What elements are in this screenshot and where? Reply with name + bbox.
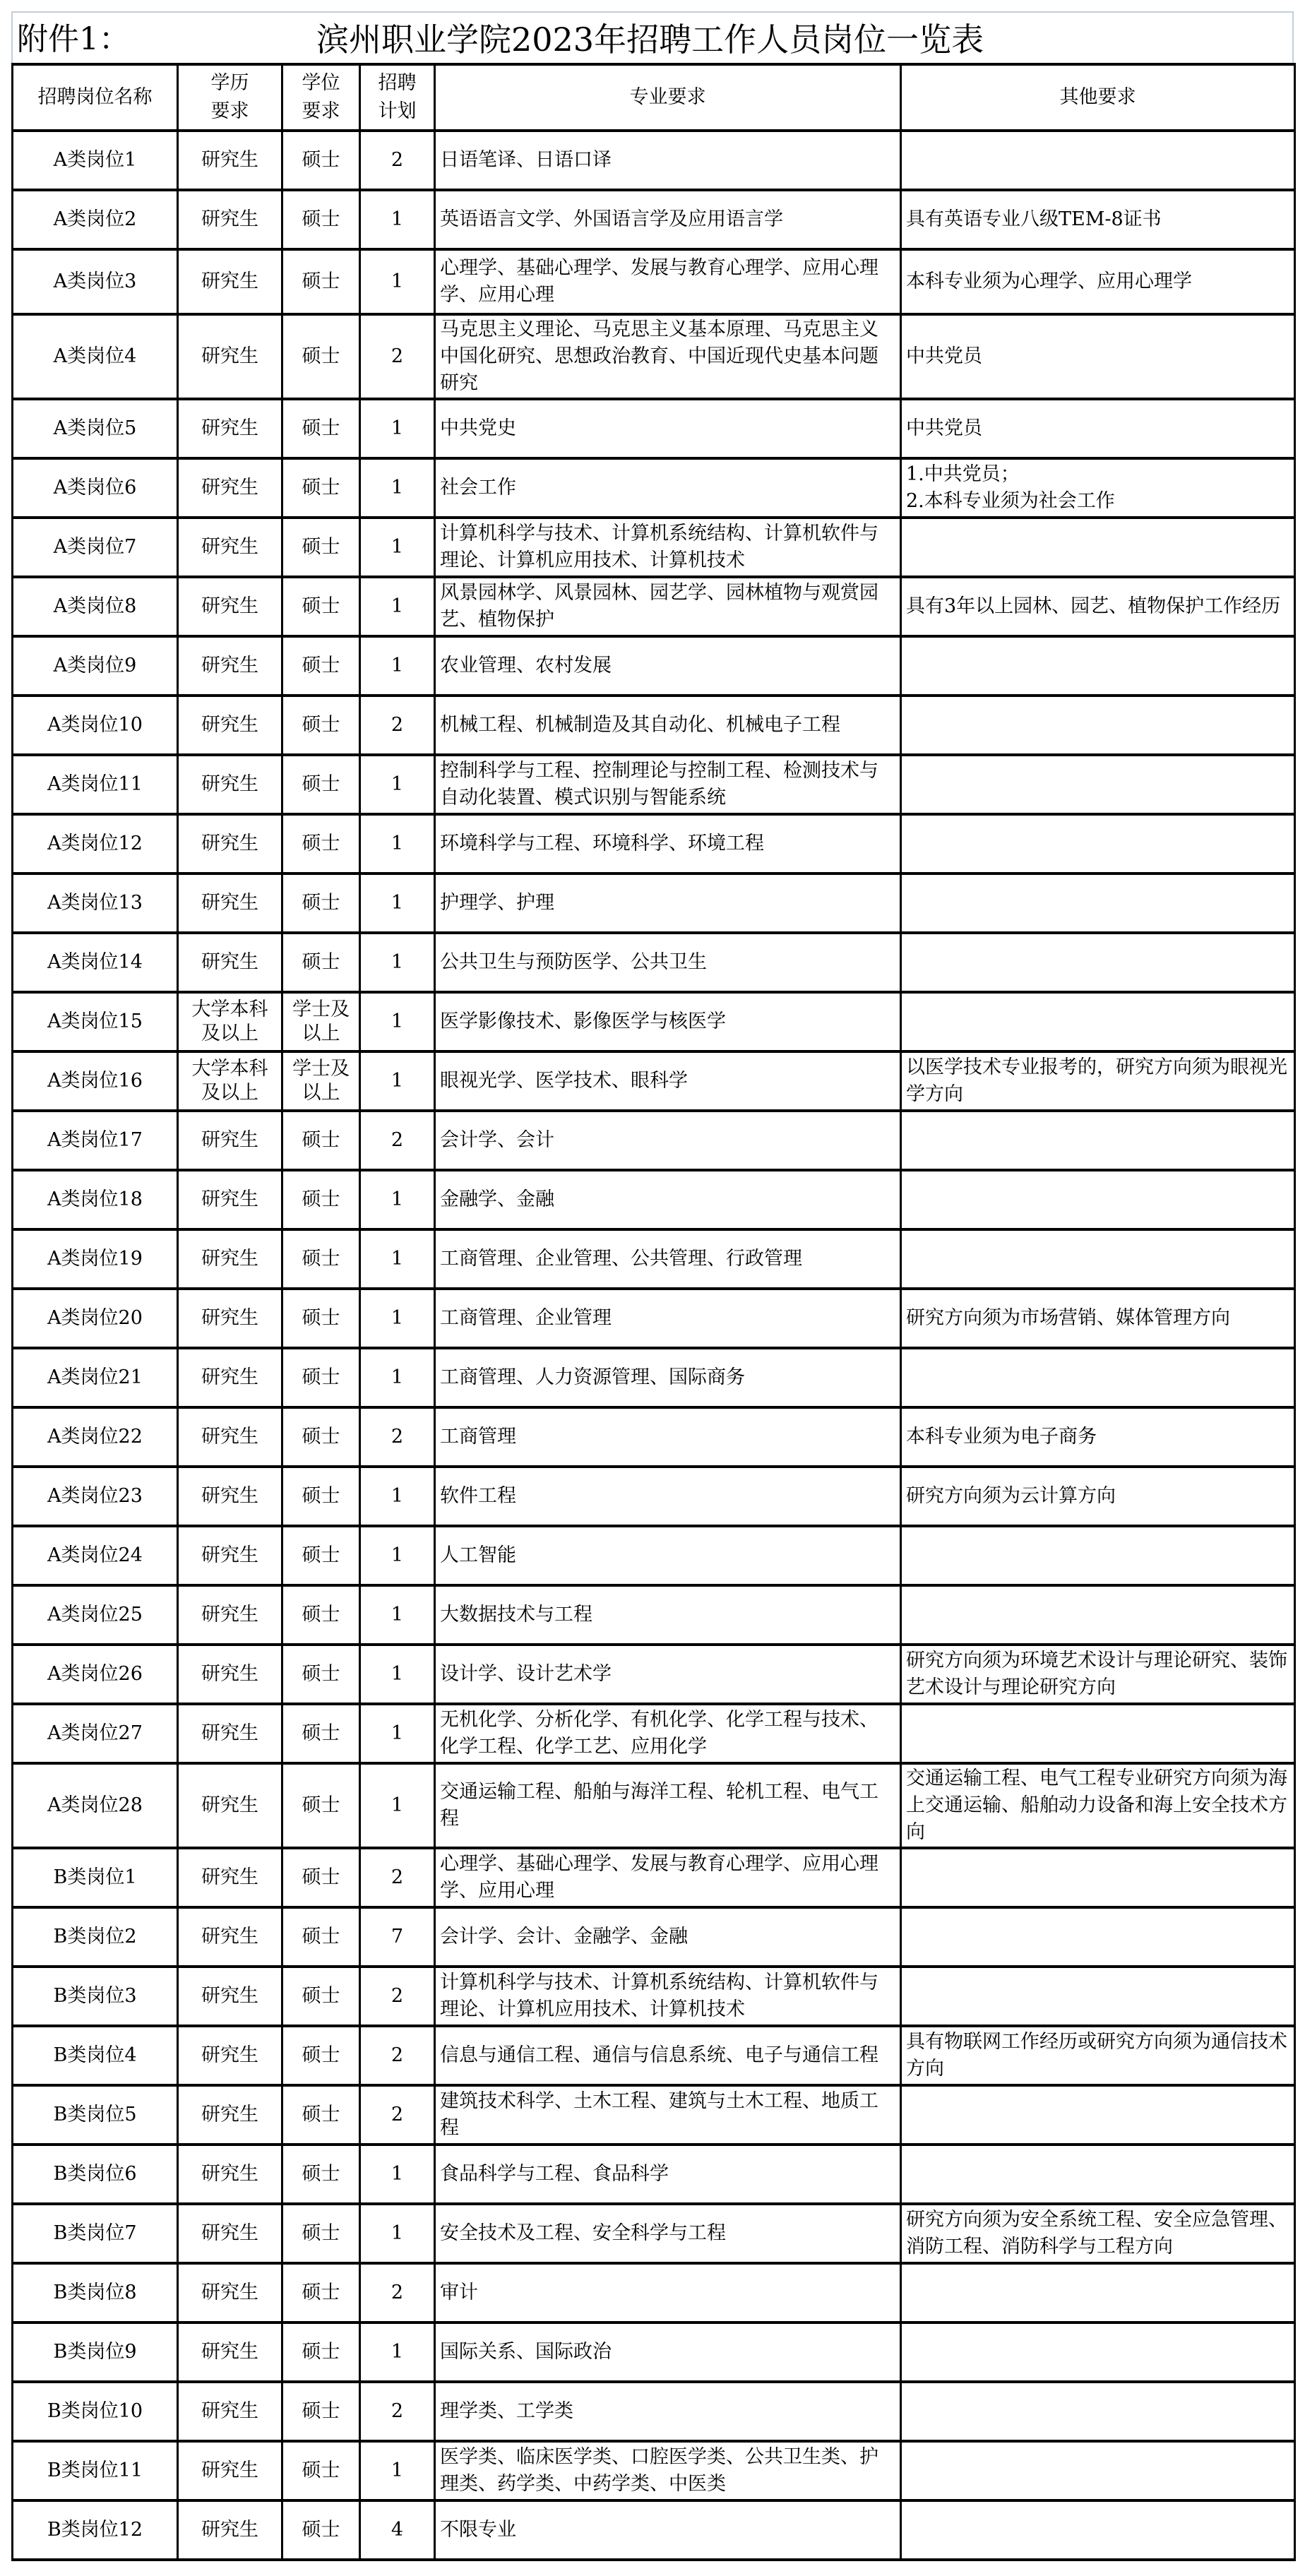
table-row: B类岗位12研究生硕士4不限专业	[13, 2500, 1295, 2560]
degree-cell: 硕士	[282, 1526, 360, 1585]
table-row: A类岗位28研究生硕士1交通运输工程、船舶与海洋工程、轮机工程、电气工程交通运输…	[13, 1763, 1295, 1848]
degree-cell: 硕士	[282, 2026, 360, 2085]
plan-count-cell: 1	[360, 2145, 435, 2204]
position-name-cell: B类岗位5	[13, 2085, 178, 2145]
education-cell: 研究生	[178, 249, 282, 314]
plan-count-cell: 2	[360, 2085, 435, 2145]
plan-count-cell: 2	[360, 314, 435, 399]
other-requirement-cell: 研究方向须为云计算方向	[901, 1467, 1295, 1526]
education-cell: 研究生	[178, 1585, 282, 1645]
degree-cell: 硕士	[282, 518, 360, 577]
degree-cell: 硕士	[282, 1407, 360, 1467]
degree-cell: 硕士	[282, 2085, 360, 2145]
position-name-cell: A类岗位14	[13, 933, 178, 992]
position-name-cell: A类岗位2	[13, 190, 178, 249]
table-row: A类岗位4研究生硕士2马克思主义理论、马克思主义基本原理、马克思主义中国化研究、…	[13, 314, 1295, 399]
plan-count-cell: 2	[360, 2263, 435, 2322]
plan-count-cell: 1	[360, 1467, 435, 1526]
degree-cell: 硕士	[282, 2382, 360, 2441]
position-name-cell: B类岗位10	[13, 2382, 178, 2441]
degree-cell: 硕士	[282, 458, 360, 518]
position-name-cell: B类岗位3	[13, 1967, 178, 2026]
other-requirement-cell: 交通运输工程、电气工程专业研究方向须为海上交通运输、船舶动力设备和海上安全技术方…	[901, 1763, 1295, 1848]
degree-cell: 硕士	[282, 1585, 360, 1645]
education-cell: 研究生	[178, 1645, 282, 1704]
position-name-cell: B类岗位8	[13, 2263, 178, 2322]
degree-cell: 硕士	[282, 696, 360, 755]
document-title: 滨州职业学院2023年招聘工作人员岗位一览表	[316, 21, 984, 58]
other-requirement-cell	[901, 1848, 1295, 1907]
header-position-name: 招聘岗位名称	[13, 64, 178, 131]
table-row: A类岗位2研究生硕士1英语语言文学、外国语言学及应用语言学具有英语专业八级TEM…	[13, 190, 1295, 249]
major-requirement-cell: 农业管理、农村发展	[435, 636, 901, 696]
plan-count-cell: 1	[360, 1704, 435, 1763]
degree-cell: 硕士	[282, 2322, 360, 2382]
major-requirement-cell: 审计	[435, 2263, 901, 2322]
plan-count-cell: 2	[360, 2026, 435, 2085]
position-name-cell: B类岗位1	[13, 1848, 178, 1907]
education-cell: 研究生	[178, 2145, 282, 2204]
table-row: A类岗位14研究生硕士1公共卫生与预防医学、公共卫生	[13, 933, 1295, 992]
table-row: B类岗位8研究生硕士2审计	[13, 2263, 1295, 2322]
other-requirement-cell: 研究方向须为安全系统工程、安全应急管理、消防工程、消防科学与工程方向	[901, 2204, 1295, 2263]
position-name-cell: B类岗位12	[13, 2500, 178, 2560]
education-cell: 研究生	[178, 314, 282, 399]
recruitment-sheet: 附件1： 滨州职业学院2023年招聘工作人员岗位一览表 招聘岗位名称 学历 要求…	[11, 11, 1294, 2561]
table-row: A类岗位17研究生硕士2会计学、会计	[13, 1111, 1295, 1170]
other-requirement-cell	[901, 2145, 1295, 2204]
degree-cell: 硕士	[282, 933, 360, 992]
degree-cell: 硕士	[282, 1848, 360, 1907]
education-cell: 研究生	[178, 2441, 282, 2500]
degree-cell: 硕士	[282, 1763, 360, 1848]
plan-count-cell: 1	[360, 1170, 435, 1229]
plan-count-cell: 2	[360, 131, 435, 190]
major-requirement-cell: 英语语言文学、外国语言学及应用语言学	[435, 190, 901, 249]
other-requirement-cell	[901, 2322, 1295, 2382]
degree-cell: 硕士	[282, 131, 360, 190]
education-cell: 研究生	[178, 518, 282, 577]
table-row: A类岗位24研究生硕士1人工智能	[13, 1526, 1295, 1585]
header-degree: 学位 要求	[282, 64, 360, 131]
position-name-cell: A类岗位9	[13, 636, 178, 696]
education-cell: 大学本科 及以上	[178, 1051, 282, 1111]
major-requirement-cell: 心理学、基础心理学、发展与教育心理学、应用心理学、应用心理	[435, 1848, 901, 1907]
degree-cell: 硕士	[282, 1170, 360, 1229]
other-requirement-cell: 中共党员	[901, 399, 1295, 458]
other-requirement-cell	[901, 755, 1295, 814]
other-requirement-cell	[901, 814, 1295, 873]
degree-cell: 硕士	[282, 2500, 360, 2560]
degree-cell: 硕士	[282, 2204, 360, 2263]
plan-count-cell: 1	[360, 399, 435, 458]
education-cell: 研究生	[178, 814, 282, 873]
plan-count-cell: 1	[360, 458, 435, 518]
position-name-cell: B类岗位6	[13, 2145, 178, 2204]
degree-cell: 学士及 以上	[282, 992, 360, 1051]
other-requirement-cell: 1.中共党员； 2.本科专业须为社会工作	[901, 458, 1295, 518]
major-requirement-cell: 计算机科学与技术、计算机系统结构、计算机软件与理论、计算机应用技术、计算机技术	[435, 518, 901, 577]
table-row: A类岗位23研究生硕士1软件工程研究方向须为云计算方向	[13, 1467, 1295, 1526]
other-requirement-cell	[901, 2085, 1295, 2145]
position-name-cell: A类岗位5	[13, 399, 178, 458]
major-requirement-cell: 风景园林学、风景园林、园艺学、园林植物与观赏园艺、植物保护	[435, 577, 901, 636]
plan-count-cell: 1	[360, 1585, 435, 1645]
table-row: A类岗位16大学本科 及以上学士及 以上1眼视光学、医学技术、眼科学以医学技术专…	[13, 1051, 1295, 1111]
education-cell: 研究生	[178, 2263, 282, 2322]
header-row: 招聘岗位名称 学历 要求 学位 要求 招聘 计划 专业要求 其他要求	[13, 64, 1295, 131]
position-name-cell: A类岗位22	[13, 1407, 178, 1467]
plan-count-cell: 2	[360, 1111, 435, 1170]
plan-count-cell: 1	[360, 1229, 435, 1289]
position-name-cell: A类岗位6	[13, 458, 178, 518]
other-requirement-cell	[901, 933, 1295, 992]
position-name-cell: A类岗位19	[13, 1229, 178, 1289]
plan-count-cell: 2	[360, 1407, 435, 1467]
plan-count-cell: 1	[360, 636, 435, 696]
position-name-cell: A类岗位28	[13, 1763, 178, 1848]
other-requirement-cell	[901, 1907, 1295, 1967]
degree-cell: 硕士	[282, 1348, 360, 1407]
other-requirement-cell	[901, 1967, 1295, 2026]
other-requirement-cell	[901, 2441, 1295, 2500]
other-requirement-cell: 研究方向须为环境艺术设计与理论研究、装饰艺术设计与理论研究方向	[901, 1645, 1295, 1704]
table-row: A类岗位25研究生硕士1大数据技术与工程	[13, 1585, 1295, 1645]
table-row: B类岗位1研究生硕士2心理学、基础心理学、发展与教育心理学、应用心理学、应用心理	[13, 1848, 1295, 1907]
table-row: A类岗位20研究生硕士1工商管理、企业管理研究方向须为市场营销、媒体管理方向	[13, 1289, 1295, 1348]
table-row: A类岗位9研究生硕士1农业管理、农村发展	[13, 636, 1295, 696]
other-requirement-cell	[901, 1526, 1295, 1585]
degree-cell: 硕士	[282, 1111, 360, 1170]
major-requirement-cell: 安全技术及工程、安全科学与工程	[435, 2204, 901, 2263]
education-cell: 大学本科 及以上	[178, 992, 282, 1051]
degree-cell: 硕士	[282, 2145, 360, 2204]
header-major: 专业要求	[435, 64, 901, 131]
other-requirement-cell	[901, 1111, 1295, 1170]
major-requirement-cell: 工商管理	[435, 1407, 901, 1467]
education-cell: 研究生	[178, 1467, 282, 1526]
education-cell: 研究生	[178, 873, 282, 933]
major-requirement-cell: 马克思主义理论、马克思主义基本原理、马克思主义中国化研究、思想政治教育、中国近现…	[435, 314, 901, 399]
plan-count-cell: 1	[360, 190, 435, 249]
major-requirement-cell: 不限专业	[435, 2500, 901, 2560]
plan-count-cell: 1	[360, 992, 435, 1051]
position-name-cell: A类岗位21	[13, 1348, 178, 1407]
degree-cell: 硕士	[282, 249, 360, 314]
education-cell: 研究生	[178, 1407, 282, 1467]
plan-count-cell: 1	[360, 933, 435, 992]
other-requirement-cell: 具有物联网工作经历或研究方向须为通信技术方向	[901, 2026, 1295, 2085]
plan-count-cell: 1	[360, 518, 435, 577]
position-name-cell: A类岗位3	[13, 249, 178, 314]
degree-cell: 硕士	[282, 1289, 360, 1348]
position-name-cell: A类岗位23	[13, 1467, 178, 1526]
major-requirement-cell: 会计学、会计、金融学、金融	[435, 1907, 901, 1967]
major-requirement-cell: 护理学、护理	[435, 873, 901, 933]
major-requirement-cell: 环境科学与工程、环境科学、环境工程	[435, 814, 901, 873]
plan-count-cell: 1	[360, 2441, 435, 2500]
position-name-cell: A类岗位7	[13, 518, 178, 577]
attachment-label: 附件1：	[17, 21, 130, 58]
other-requirement-cell: 以医学技术专业报考的，研究方向须为眼视光学方向	[901, 1051, 1295, 1111]
major-requirement-cell: 控制科学与工程、控制理论与控制工程、检测技术与自动化装置、模式识别与智能系统	[435, 755, 901, 814]
other-requirement-cell	[901, 636, 1295, 696]
position-name-cell: B类岗位9	[13, 2322, 178, 2382]
education-cell: 研究生	[178, 2026, 282, 2085]
position-name-cell: A类岗位10	[13, 696, 178, 755]
position-name-cell: A类岗位27	[13, 1704, 178, 1763]
position-name-cell: A类岗位4	[13, 314, 178, 399]
education-cell: 研究生	[178, 933, 282, 992]
degree-cell: 硕士	[282, 636, 360, 696]
major-requirement-cell: 心理学、基础心理学、发展与教育心理学、应用心理学、应用心理	[435, 249, 901, 314]
plan-count-cell: 2	[360, 1967, 435, 2026]
education-cell: 研究生	[178, 2500, 282, 2560]
header-plan: 招聘 计划	[360, 64, 435, 131]
table-row: A类岗位18研究生硕士1金融学、金融	[13, 1170, 1295, 1229]
plan-count-cell: 1	[360, 577, 435, 636]
education-cell: 研究生	[178, 2085, 282, 2145]
table-row: A类岗位13研究生硕士1护理学、护理	[13, 873, 1295, 933]
other-requirement-cell: 本科专业须为电子商务	[901, 1407, 1295, 1467]
plan-count-cell: 1	[360, 1645, 435, 1704]
degree-cell: 硕士	[282, 873, 360, 933]
plan-count-cell: 1	[360, 1763, 435, 1848]
degree-cell: 硕士	[282, 1229, 360, 1289]
major-requirement-cell: 无机化学、分析化学、有机化学、化学工程与技术、化学工程、化学工艺、应用化学	[435, 1704, 901, 1763]
table-body: A类岗位1研究生硕士2日语笔译、日语口译A类岗位2研究生硕士1英语语言文学、外国…	[13, 131, 1295, 2560]
position-name-cell: A类岗位15	[13, 992, 178, 1051]
position-name-cell: A类岗位25	[13, 1585, 178, 1645]
table-row: B类岗位9研究生硕士1国际关系、国际政治	[13, 2322, 1295, 2382]
major-requirement-cell: 医学类、临床医学类、口腔医学类、公共卫生类、护理类、药学类、中药学类、中医类	[435, 2441, 901, 2500]
major-requirement-cell: 金融学、金融	[435, 1170, 901, 1229]
other-requirement-cell	[901, 1348, 1295, 1407]
education-cell: 研究生	[178, 2322, 282, 2382]
degree-cell: 硕士	[282, 1467, 360, 1526]
major-requirement-cell: 设计学、设计艺术学	[435, 1645, 901, 1704]
table-row: A类岗位7研究生硕士1计算机科学与技术、计算机系统结构、计算机软件与理论、计算机…	[13, 518, 1295, 577]
other-requirement-cell	[901, 131, 1295, 190]
education-cell: 研究生	[178, 1229, 282, 1289]
degree-cell: 硕士	[282, 755, 360, 814]
position-name-cell: A类岗位26	[13, 1645, 178, 1704]
education-cell: 研究生	[178, 1289, 282, 1348]
other-requirement-cell	[901, 2263, 1295, 2322]
education-cell: 研究生	[178, 2382, 282, 2441]
position-name-cell: A类岗位20	[13, 1289, 178, 1348]
other-requirement-cell	[901, 518, 1295, 577]
table-row: A类岗位5研究生硕士1中共党史中共党员	[13, 399, 1295, 458]
position-name-cell: A类岗位8	[13, 577, 178, 636]
table-row: B类岗位5研究生硕士2建筑技术科学、土木工程、建筑与土木工程、地质工程	[13, 2085, 1295, 2145]
table-row: B类岗位2研究生硕士7会计学、会计、金融学、金融	[13, 1907, 1295, 1967]
major-requirement-cell: 工商管理、企业管理	[435, 1289, 901, 1348]
other-requirement-cell	[901, 2500, 1295, 2560]
major-requirement-cell: 大数据技术与工程	[435, 1585, 901, 1645]
table-row: A类岗位6研究生硕士1社会工作1.中共党员； 2.本科专业须为社会工作	[13, 458, 1295, 518]
table-row: B类岗位3研究生硕士2计算机科学与技术、计算机系统结构、计算机软件与理论、计算机…	[13, 1967, 1295, 2026]
other-requirement-cell	[901, 1704, 1295, 1763]
table-row: A类岗位3研究生硕士1心理学、基础心理学、发展与教育心理学、应用心理学、应用心理…	[13, 249, 1295, 314]
education-cell: 研究生	[178, 1111, 282, 1170]
table-row: B类岗位10研究生硕士2理学类、工学类	[13, 2382, 1295, 2441]
position-name-cell: A类岗位13	[13, 873, 178, 933]
major-requirement-cell: 眼视光学、医学技术、眼科学	[435, 1051, 901, 1111]
plan-count-cell: 1	[360, 1289, 435, 1348]
position-name-cell: B类岗位7	[13, 2204, 178, 2263]
other-requirement-cell	[901, 1229, 1295, 1289]
other-requirement-cell	[901, 696, 1295, 755]
education-cell: 研究生	[178, 577, 282, 636]
table-row: A类岗位19研究生硕士1工商管理、企业管理、公共管理、行政管理	[13, 1229, 1295, 1289]
major-requirement-cell: 工商管理、企业管理、公共管理、行政管理	[435, 1229, 901, 1289]
plan-count-cell: 4	[360, 2500, 435, 2560]
position-name-cell: B类岗位4	[13, 2026, 178, 2085]
table-row: A类岗位10研究生硕士2机械工程、机械制造及其自动化、机械电子工程	[13, 696, 1295, 755]
table-row: A类岗位12研究生硕士1环境科学与工程、环境科学、环境工程	[13, 814, 1295, 873]
degree-cell: 硕士	[282, 1967, 360, 2026]
degree-cell: 硕士	[282, 1645, 360, 1704]
plan-count-cell: 1	[360, 1526, 435, 1585]
plan-count-cell: 1	[360, 2204, 435, 2263]
education-cell: 研究生	[178, 1704, 282, 1763]
degree-cell: 硕士	[282, 577, 360, 636]
degree-cell: 学士及 以上	[282, 1051, 360, 1111]
education-cell: 研究生	[178, 755, 282, 814]
major-requirement-cell: 食品科学与工程、食品科学	[435, 2145, 901, 2204]
other-requirement-cell	[901, 992, 1295, 1051]
education-cell: 研究生	[178, 1170, 282, 1229]
education-cell: 研究生	[178, 1763, 282, 1848]
education-cell: 研究生	[178, 1907, 282, 1967]
title-band: 附件1： 滨州职业学院2023年招聘工作人员岗位一览表	[11, 11, 1294, 63]
major-requirement-cell: 交通运输工程、船舶与海洋工程、轮机工程、电气工程	[435, 1763, 901, 1848]
plan-count-cell: 2	[360, 1848, 435, 1907]
plan-count-cell: 1	[360, 249, 435, 314]
table-row: A类岗位15大学本科 及以上学士及 以上1医学影像技术、影像医学与核医学	[13, 992, 1295, 1051]
major-requirement-cell: 社会工作	[435, 458, 901, 518]
major-requirement-cell: 机械工程、机械制造及其自动化、机械电子工程	[435, 696, 901, 755]
major-requirement-cell: 计算机科学与技术、计算机系统结构、计算机软件与理论、计算机应用技术、计算机技术	[435, 1967, 901, 2026]
table-row: A类岗位26研究生硕士1设计学、设计艺术学研究方向须为环境艺术设计与理论研究、装…	[13, 1645, 1295, 1704]
table-row: A类岗位22研究生硕士2工商管理本科专业须为电子商务	[13, 1407, 1295, 1467]
position-name-cell: A类岗位12	[13, 814, 178, 873]
positions-table: 招聘岗位名称 学历 要求 学位 要求 招聘 计划 专业要求 其他要求 A类岗位1…	[11, 63, 1296, 2561]
degree-cell: 硕士	[282, 399, 360, 458]
position-name-cell: A类岗位17	[13, 1111, 178, 1170]
other-requirement-cell	[901, 2382, 1295, 2441]
plan-count-cell: 1	[360, 2322, 435, 2382]
table-row: A类岗位1研究生硕士2日语笔译、日语口译	[13, 131, 1295, 190]
major-requirement-cell: 日语笔译、日语口译	[435, 131, 901, 190]
education-cell: 研究生	[178, 1348, 282, 1407]
education-cell: 研究生	[178, 458, 282, 518]
other-requirement-cell: 具有英语专业八级TEM-8证书	[901, 190, 1295, 249]
degree-cell: 硕士	[282, 314, 360, 399]
table-row: B类岗位11研究生硕士1医学类、临床医学类、口腔医学类、公共卫生类、护理类、药学…	[13, 2441, 1295, 2500]
header-education: 学历 要求	[178, 64, 282, 131]
plan-count-cell: 2	[360, 696, 435, 755]
plan-count-cell: 1	[360, 755, 435, 814]
major-requirement-cell: 信息与通信工程、通信与信息系统、电子与通信工程	[435, 2026, 901, 2085]
header-other: 其他要求	[901, 64, 1295, 131]
education-cell: 研究生	[178, 131, 282, 190]
position-name-cell: A类岗位24	[13, 1526, 178, 1585]
plan-count-cell: 2	[360, 2382, 435, 2441]
position-name-cell: A类岗位11	[13, 755, 178, 814]
degree-cell: 硕士	[282, 814, 360, 873]
other-requirement-cell: 本科专业须为心理学、应用心理学	[901, 249, 1295, 314]
degree-cell: 硕士	[282, 1704, 360, 1763]
plan-count-cell: 1	[360, 814, 435, 873]
position-name-cell: A类岗位18	[13, 1170, 178, 1229]
table-row: A类岗位11研究生硕士1控制科学与工程、控制理论与控制工程、检测技术与自动化装置…	[13, 755, 1295, 814]
position-name-cell: A类岗位16	[13, 1051, 178, 1111]
major-requirement-cell: 理学类、工学类	[435, 2382, 901, 2441]
major-requirement-cell: 软件工程	[435, 1467, 901, 1526]
plan-count-cell: 1	[360, 1348, 435, 1407]
other-requirement-cell	[901, 1585, 1295, 1645]
major-requirement-cell: 建筑技术科学、土木工程、建筑与土木工程、地质工程	[435, 2085, 901, 2145]
other-requirement-cell	[901, 1170, 1295, 1229]
education-cell: 研究生	[178, 190, 282, 249]
other-requirement-cell: 中共党员	[901, 314, 1295, 399]
education-cell: 研究生	[178, 399, 282, 458]
position-name-cell: B类岗位11	[13, 2441, 178, 2500]
education-cell: 研究生	[178, 636, 282, 696]
major-requirement-cell: 国际关系、国际政治	[435, 2322, 901, 2382]
other-requirement-cell: 研究方向须为市场营销、媒体管理方向	[901, 1289, 1295, 1348]
table-row: B类岗位7研究生硕士1安全技术及工程、安全科学与工程研究方向须为安全系统工程、安…	[13, 2204, 1295, 2263]
degree-cell: 硕士	[282, 2263, 360, 2322]
education-cell: 研究生	[178, 1526, 282, 1585]
major-requirement-cell: 会计学、会计	[435, 1111, 901, 1170]
other-requirement-cell	[901, 873, 1295, 933]
degree-cell: 硕士	[282, 2441, 360, 2500]
plan-count-cell: 7	[360, 1907, 435, 1967]
plan-count-cell: 1	[360, 873, 435, 933]
major-requirement-cell: 公共卫生与预防医学、公共卫生	[435, 933, 901, 992]
table-row: A类岗位8研究生硕士1风景园林学、风景园林、园艺学、园林植物与观赏园艺、植物保护…	[13, 577, 1295, 636]
degree-cell: 硕士	[282, 190, 360, 249]
education-cell: 研究生	[178, 2204, 282, 2263]
education-cell: 研究生	[178, 1967, 282, 2026]
table-row: B类岗位4研究生硕士2信息与通信工程、通信与信息系统、电子与通信工程具有物联网工…	[13, 2026, 1295, 2085]
table-row: A类岗位21研究生硕士1工商管理、人力资源管理、国际商务	[13, 1348, 1295, 1407]
other-requirement-cell: 具有3年以上园林、园艺、植物保护工作经历	[901, 577, 1295, 636]
education-cell: 研究生	[178, 1848, 282, 1907]
major-requirement-cell: 工商管理、人力资源管理、国际商务	[435, 1348, 901, 1407]
table-row: A类岗位27研究生硕士1无机化学、分析化学、有机化学、化学工程与技术、化学工程、…	[13, 1704, 1295, 1763]
major-requirement-cell: 中共党史	[435, 399, 901, 458]
position-name-cell: B类岗位2	[13, 1907, 178, 1967]
major-requirement-cell: 人工智能	[435, 1526, 901, 1585]
plan-count-cell: 1	[360, 1051, 435, 1111]
position-name-cell: A类岗位1	[13, 131, 178, 190]
degree-cell: 硕士	[282, 1907, 360, 1967]
major-requirement-cell: 医学影像技术、影像医学与核医学	[435, 992, 901, 1051]
table-row: B类岗位6研究生硕士1食品科学与工程、食品科学	[13, 2145, 1295, 2204]
education-cell: 研究生	[178, 696, 282, 755]
